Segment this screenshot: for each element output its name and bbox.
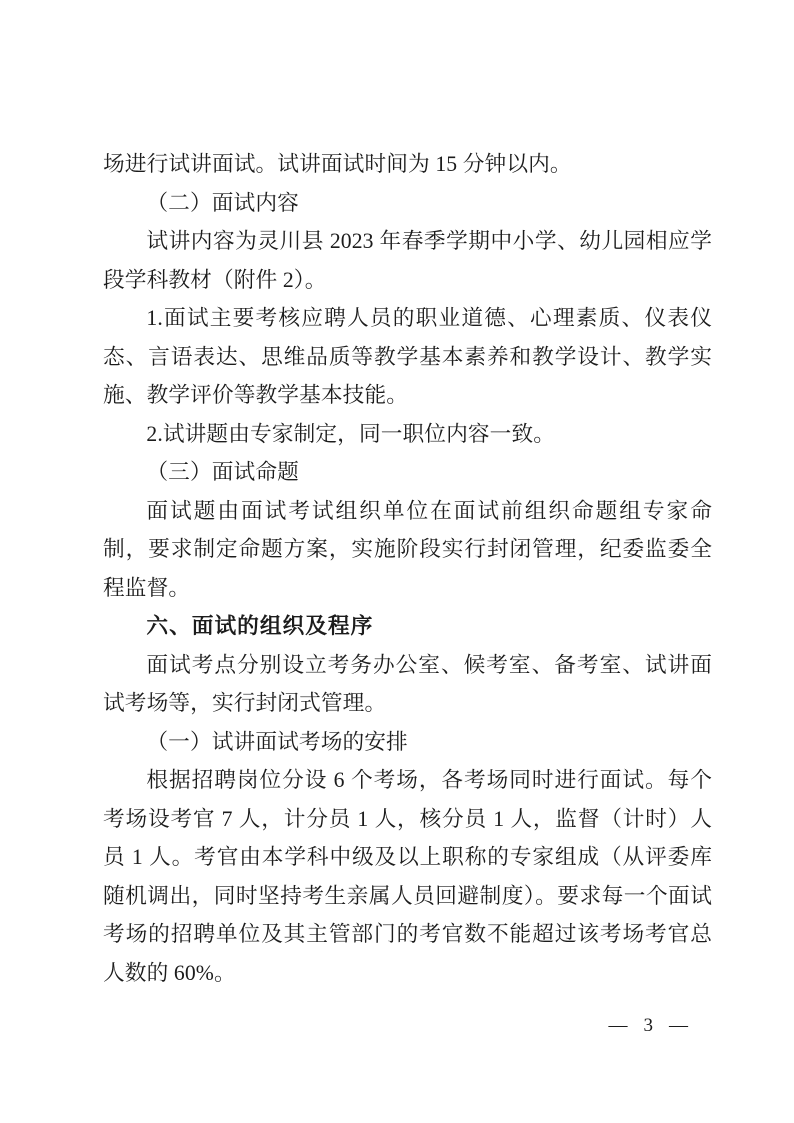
- document-page: 场进行试讲面试。试讲面试时间为 15 分钟以内。 （二）面试内容 试讲内容为灵川…: [0, 0, 794, 1123]
- subsection-heading: （二）面试内容: [103, 184, 712, 223]
- subsection-heading: （三）面试命题: [103, 453, 712, 492]
- body-paragraph: 2.试讲题由专家制定，同一职位内容一致。: [103, 415, 712, 454]
- footer-dash-left: —: [609, 1013, 628, 1039]
- subsection-heading: （一）试讲面试考场的安排: [103, 723, 712, 762]
- body-paragraph: 面试考点分别设立考务办公室、候考室、备考室、试讲面试考场等，实行封闭式管理。: [103, 646, 712, 723]
- footer-dash-right: —: [669, 1013, 688, 1039]
- body-paragraph: 根据招聘岗位分设 6 个考场，各考场同时进行面试。每个考场设考官 7 人，计分员…: [103, 761, 712, 992]
- body-paragraph: 场进行试讲面试。试讲面试时间为 15 分钟以内。: [103, 145, 712, 184]
- page-number-footer: — 3 —: [609, 1013, 689, 1039]
- section-heading: 六、面试的组织及程序: [103, 607, 712, 646]
- body-paragraph: 1.面试主要考核应聘人员的职业道德、心理素质、仪表仪态、言语表达、思维品质等教学…: [103, 299, 712, 415]
- body-paragraph: 试讲内容为灵川县 2023 年春季学期中小学、幼儿园相应学段学科教材（附件 2）…: [103, 222, 712, 299]
- document-body: 场进行试讲面试。试讲面试时间为 15 分钟以内。 （二）面试内容 试讲内容为灵川…: [103, 145, 712, 992]
- body-paragraph: 面试题由面试考试组织单位在面试前组织命题组专家命制，要求制定命题方案，实施阶段实…: [103, 492, 712, 608]
- footer-page-number: 3: [644, 1013, 654, 1039]
